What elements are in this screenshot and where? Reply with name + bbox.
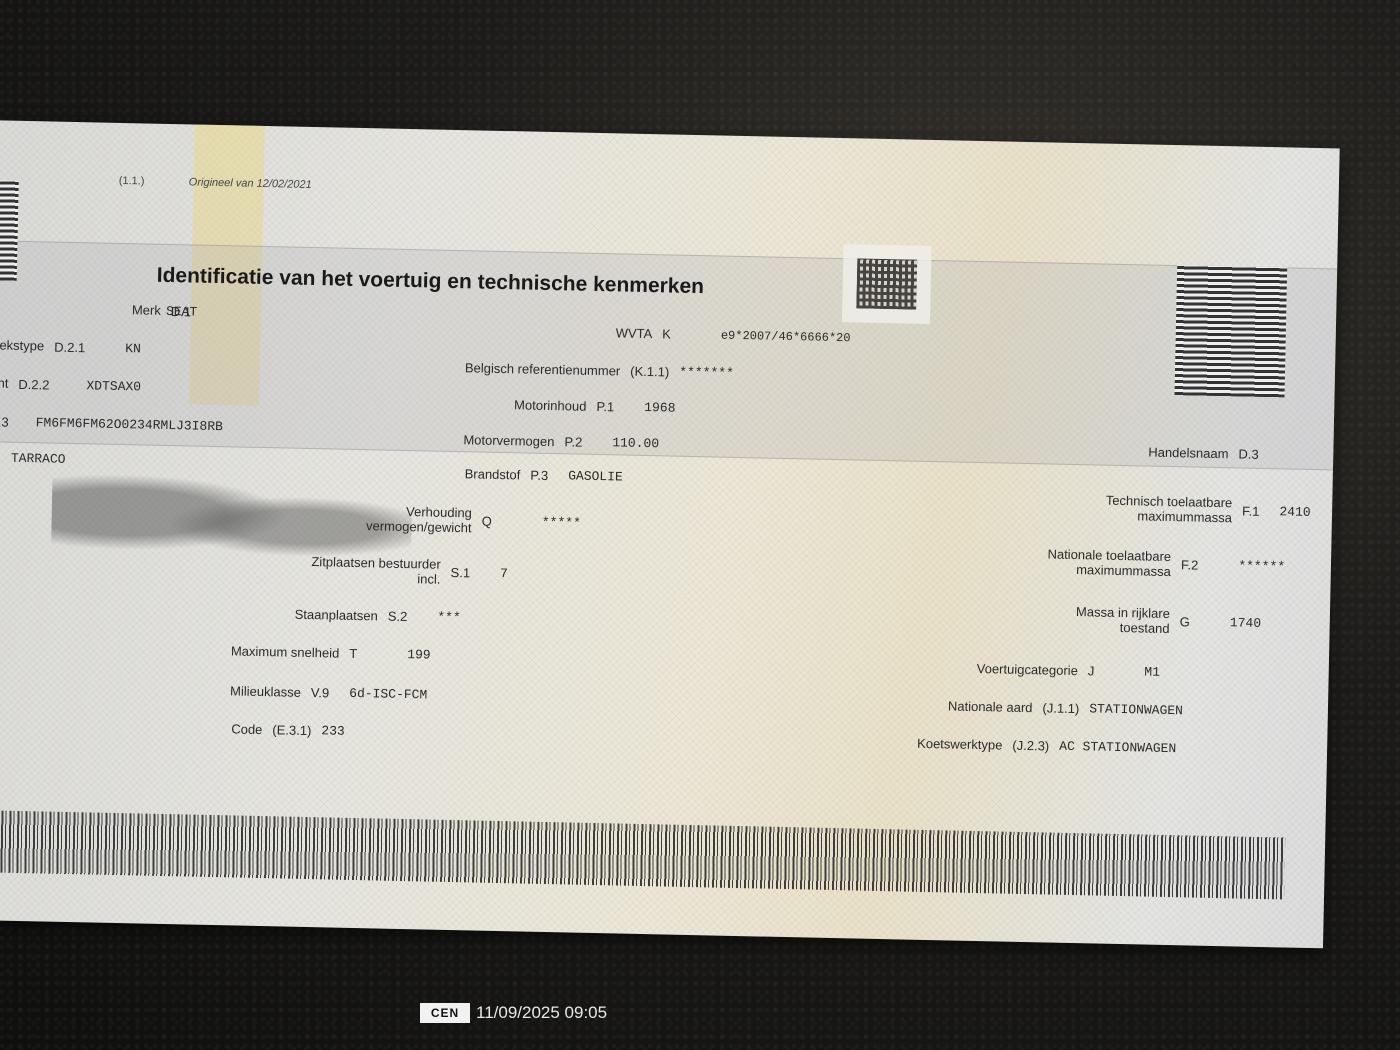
registration-document: (1.1.) Origineel van 12/02/2021 Identifi… — [0, 120, 1340, 948]
field-code: J — [1088, 663, 1095, 678]
field-value: 1740 — [1230, 616, 1262, 632]
field-value: 1968 — [644, 400, 676, 416]
field-label: Staanplaatsen — [295, 607, 378, 624]
field-label: Verhouding vermogen/gewicht — [341, 504, 472, 537]
field-label: Massa in rijklare toestand — [1029, 604, 1170, 637]
field-value: 110.00 — [612, 435, 659, 451]
field-code: S.2 — [388, 609, 408, 624]
field-value-variant: XDTSAX0 — [86, 378, 141, 394]
timestamp-text: 11/09/2025 09:05 — [476, 1003, 607, 1023]
field-value: 199 — [407, 647, 431, 662]
field-massa-rijklaar: Massa in rijklare toestand G 1740 — [1029, 604, 1261, 639]
field-label: Koetswerktype — [917, 736, 1003, 753]
field-code: P.2 — [564, 434, 582, 449]
field-code: (J.2.3) — [1012, 738, 1049, 754]
qr-code — [856, 258, 917, 309]
field-label: Merk — [132, 303, 161, 319]
field-code: D.2.3 — [0, 414, 9, 430]
field-nationale-max-massa: Nationale toelaatbare maximummassa F.2 *… — [1031, 547, 1286, 582]
field-variant: Variant D.2.2 — [0, 376, 60, 393]
field-code: S.1 — [450, 565, 470, 580]
barcode-left — [0, 180, 19, 281]
photo-timestamp: CEN 11/09/2025 09:05 — [420, 1003, 607, 1023]
field-code: D.3 — [1238, 446, 1259, 461]
field-value: ******* — [679, 365, 734, 381]
field-value: 6d-ISC-FCM — [349, 686, 427, 703]
field-code: P.1 — [596, 399, 614, 414]
field-label: Fabriekstype — [0, 338, 44, 354]
field-code: Code (E.3.1) 233 — [231, 721, 345, 738]
field-code: F.1 — [1242, 504, 1260, 519]
field-fabriekstype: Fabriekstype D.2.1 — [0, 338, 95, 356]
field-label: Maximum snelheid — [231, 643, 340, 660]
field-code: F.2 — [1181, 558, 1199, 573]
field-value: ****** — [1238, 559, 1285, 575]
field-code: D.2.1 — [54, 340, 85, 356]
field-value: STATIONWAGEN — [1089, 701, 1183, 718]
field-value: e9*2007/46*6666*20 — [721, 328, 851, 345]
field-code: V.9 — [311, 685, 330, 700]
field-label: Zitplaatsen bestuurder incl. — [310, 555, 441, 588]
field-label: Brandstof — [465, 466, 521, 482]
field-value: 2410 — [1279, 505, 1311, 521]
camera-logo: CEN — [420, 1003, 470, 1023]
field-label: Technisch toelaatbare maximummassa — [1102, 494, 1233, 527]
field-value: M1 — [1144, 665, 1160, 680]
field-zitplaatsen: Zitplaatsen bestuurder incl. S.1 7 — [310, 555, 508, 589]
field-technisch-max-massa: Technisch toelaatbare maximummassa F.1 2… — [1102, 494, 1311, 528]
field-code: T — [349, 646, 357, 661]
original-date: Origineel van 12/02/2021 — [189, 176, 312, 191]
field-label: Milieuklasse — [230, 683, 301, 699]
field-verhouding: Verhouding vermogen/gewicht Q ***** — [341, 504, 581, 539]
barcode-right — [1175, 265, 1288, 397]
field-value-fabriekstype: KN — [125, 341, 141, 356]
field-value: AC STATIONWAGEN — [1059, 739, 1176, 756]
field-label: Nationale aard — [948, 698, 1033, 715]
field-value: ***** — [542, 515, 581, 531]
field-label: Handelsnaam — [1148, 445, 1229, 462]
field-label: WVTA — [616, 325, 653, 341]
field-value: 233 — [321, 723, 345, 738]
field-code: (E.3.1) — [272, 722, 311, 738]
field-label: Variant — [0, 376, 9, 392]
section-ref: (1.1.) — [119, 175, 145, 188]
field-label: Motorinhoud — [514, 397, 587, 414]
field-code: P.3 — [530, 468, 548, 483]
field-value: 7 — [500, 566, 508, 581]
field-code: (J.1.1) — [1042, 700, 1079, 716]
field-value-merk: SEAT — [166, 304, 198, 320]
field-label: Motorvermogen — [463, 432, 554, 449]
field-value-handelsnaam: TARRACO — [11, 451, 66, 467]
field-versie: Versie D.2.3 — [0, 413, 19, 430]
field-label: Nationale toelaatbare maximummassa — [1031, 547, 1172, 580]
field-code: Q — [482, 514, 492, 529]
field-value: *** — [437, 610, 461, 625]
field-code: D.2.2 — [18, 377, 49, 393]
field-label: Voertuigcategorie — [977, 661, 1078, 678]
field-code: (K.1.1) — [630, 364, 669, 380]
field-code: G — [1180, 615, 1190, 630]
field-handelsnaam: Handelsnaam D.3 — [1148, 445, 1269, 463]
field-label: Code — [231, 721, 262, 737]
field-code: K — [662, 326, 671, 341]
field-value: GASOLIE — [568, 468, 623, 484]
